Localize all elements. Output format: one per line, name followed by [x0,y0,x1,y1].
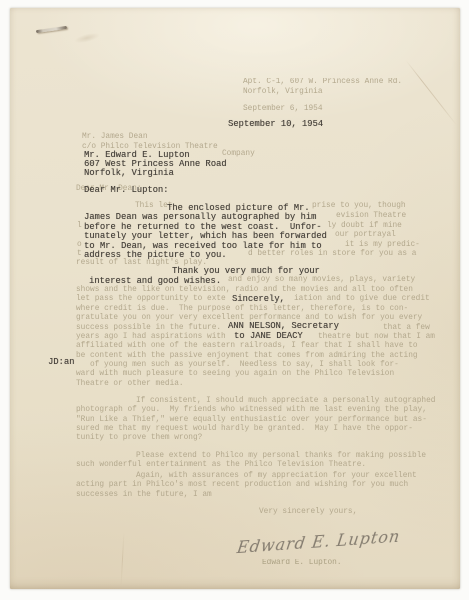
typed-reply-line: ANN NELSON, Secretary [228,321,339,331]
typed-signature-name: Edward E. Lupton. [262,559,342,567]
typed-reply-line: Thank you very much for your [172,266,320,276]
scanned-letter: Apt. C-1, 607 W. Princess Anne Rd.Norfol… [0,0,469,600]
typed-reply-line: JD:an [48,357,74,367]
typed-reply-line: tunately your letter, which has been for… [84,231,327,241]
typed-reply-line: Norfolk, Virginia [84,168,174,178]
typed-reply-line: Dear Mr. Lupton: [84,185,168,195]
typed-reply-line: to JANE DEACY [234,331,303,341]
typed-reply-letter-layer: September 10, 1954Mr. Edward E. Lupton60… [0,0,469,600]
typed-reply-line: James Dean was personally autographed by… [84,212,316,222]
typed-reply-line: interest and good wishes. [89,276,221,286]
typed-reply-line: September 10, 1954 [228,119,323,129]
typed-reply-line: address the picture to you. [84,250,227,260]
typed-reply-line: Sincerely, [232,294,285,304]
